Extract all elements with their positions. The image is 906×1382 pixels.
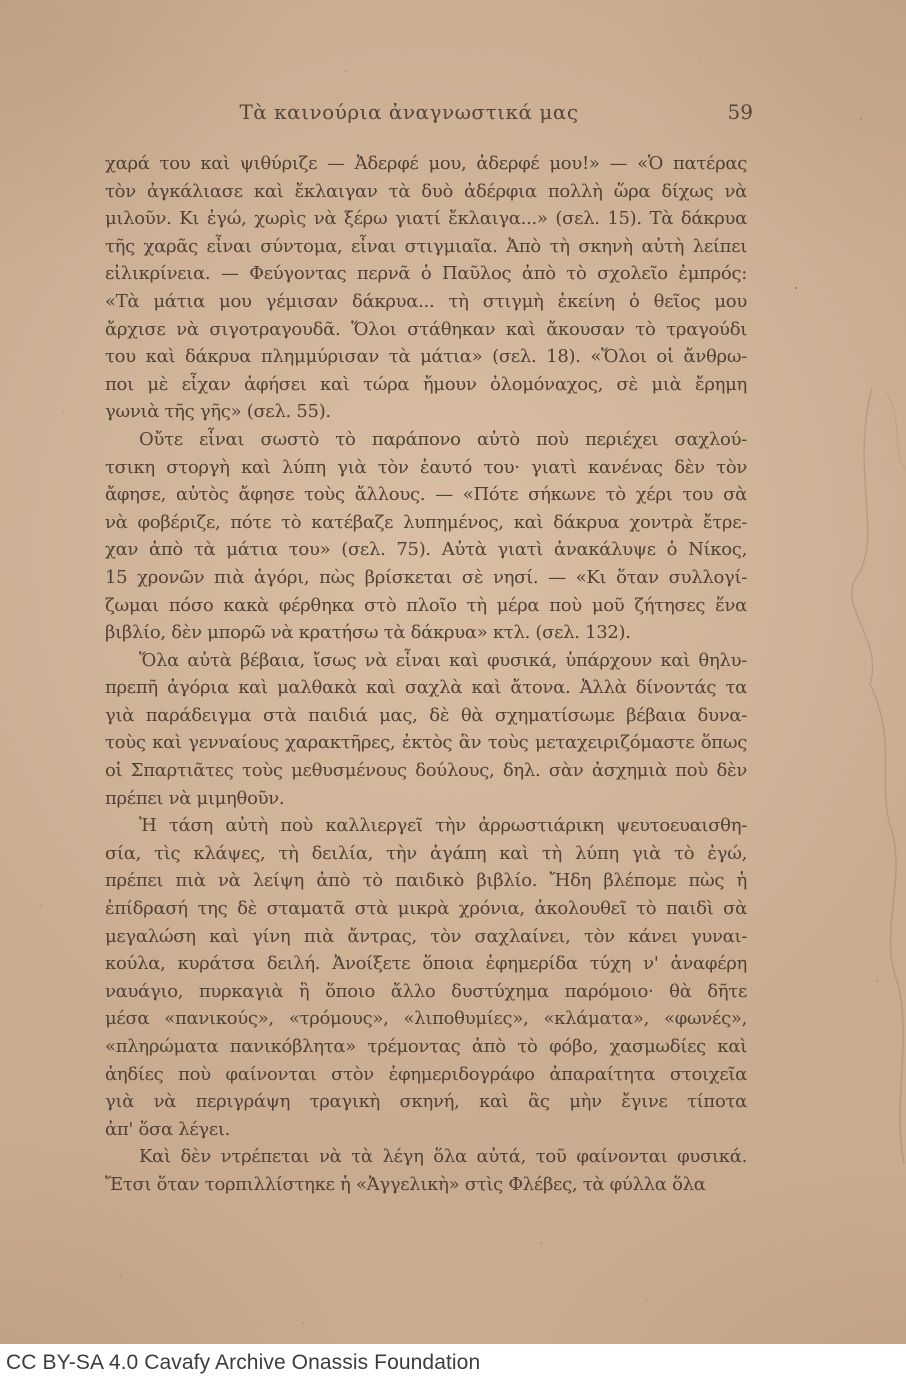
- text-line: τῆς χαρᾶς εἶναι σύντομα, εἶναι στιγμιαῖα…: [105, 233, 747, 261]
- license-bar: CC BY-SA 4.0 Cavafy Archive Onassis Foun…: [0, 1344, 906, 1382]
- text-line: Ἔτσι ὅταν τορπιλλίστηκε ἡ «Ἀγγελικὴ» στὶ…: [105, 1171, 747, 1199]
- text-line: μιλοῦν. Κι ἐγώ, χωρὶς νὰ ξέρω γιατί ἔκλα…: [105, 205, 747, 233]
- text-line: πρέπει νὰ μιμηθοῦν.: [105, 785, 747, 813]
- text-line: μεγαλώση καὶ γίνη πιὰ ἄντρας, τὸν σαχλαί…: [105, 923, 747, 951]
- page-number: 59: [728, 100, 753, 124]
- text-line: νὰ φοβέριζε, πότε τὸ κατέβαζε λυπημένος,…: [105, 509, 747, 537]
- paragraph: Οὔτε εἶναι σωστὸ τὸ παράπονο αὐτὸ ποὺ πε…: [105, 426, 747, 647]
- text-line: ναυάγιο, πυρκαγιὰ ἢ ὅποιο ἄλλο δυστύχημα…: [105, 978, 747, 1006]
- text-line: κούλα, κυράτσα δειλή. Ἀνοίξετε ὅποια ἐφη…: [105, 950, 747, 978]
- text-line: γωνιὰ τῆς γῆς» (σελ. 55).: [105, 398, 747, 426]
- text-line: ζωμαι πόσο κακὰ φέρθηκα στὸ πλοῖο τὴ μέρ…: [105, 592, 747, 620]
- paragraph: Ἡ τάση αὐτὴ ποὺ καλλιεργεῖ τὴν ἀρρωστιάρ…: [105, 812, 747, 1143]
- text-line: γιὰ νὰ περιγράψη τραγικὴ σκηνή, καὶ ἂς μ…: [105, 1088, 747, 1116]
- paragraph: χαρά του καὶ ψιθύριζε — Ἀδερφέ μου, ἀδερ…: [105, 150, 747, 426]
- text-line: σία, τὶς κλάψες, τὴ δειλία, τὴν ἀγάπη κα…: [105, 840, 747, 868]
- text-line: 15 χρονῶν πιὰ ἀγόρι, πὼς βρίσκεται σὲ νη…: [105, 564, 747, 592]
- text-line: χαρά του καὶ ψιθύριζε — Ἀδερφέ μου, ἀδερ…: [105, 150, 747, 178]
- page-header: Τὰ καινούρια ἀναγνωστικά μας 59: [105, 100, 753, 130]
- text-line: χαν ἀπὸ τὰ μάτια του» (σελ. 75). Αὐτὰ γι…: [105, 536, 747, 564]
- text-line: Ὅλα αὐτὰ βέβαια, ἴσως νὰ εἶναι καὶ φυσικ…: [105, 647, 747, 675]
- text-line: τοὺς καὶ γενναίους χαρακτῆρες, ἐκτὸς ἂν …: [105, 729, 747, 757]
- text-line: ποι μὲ εἶχαν ἀφήσει καὶ τώρα ἤμουν ὁλομό…: [105, 371, 747, 399]
- text-line: «Τὰ μάτια μου γέμισαν δάκρυα... τὴ στιγμ…: [105, 288, 747, 316]
- text-line: ἀηδίες ποὺ φαίνονται στὸν ἐφημεριδογράφο…: [105, 1061, 747, 1089]
- text-line: ἄφησε, αὐτὸς ἄφησε τοὺς ἄλλους. — «Πότε …: [105, 481, 747, 509]
- text-line: τσικη στοργὴ καὶ λύπη γιὰ τὸν ἑαυτό του·…: [105, 454, 747, 482]
- text-line: Οὔτε εἶναι σωστὸ τὸ παράπονο αὐτὸ ποὺ πε…: [105, 426, 747, 454]
- text-line: πρέπει πιὰ νὰ λείψη ἀπὸ τὸ παιδικὸ βιβλί…: [105, 867, 747, 895]
- running-title: Τὰ καινούρια ἀναγνωστικά μας: [105, 100, 753, 124]
- text-line: μέσα «πανικούς», «τρόμους», «λιποθυμίες»…: [105, 1005, 747, 1033]
- text-line: τὸν ἀγκάλιασε καὶ ἔκλαιγαν τὰ δυὸ ἀδέρφι…: [105, 178, 747, 206]
- text-line: Ἡ τάση αὐτὴ ποὺ καλλιεργεῖ τὴν ἀρρωστιάρ…: [105, 812, 747, 840]
- text-line: ἄρχισε νὰ σιγοτραγουδᾶ. Ὅλοι στάθηκαν κα…: [105, 316, 747, 344]
- text-line: του καὶ δάκρυα πλημμύρισαν τὰ μάτια» (σε…: [105, 343, 747, 371]
- text-line: οἱ Σπαρτιᾶτες τοὺς μεθυσμένους δούλους, …: [105, 757, 747, 785]
- license-text: CC BY-SA 4.0 Cavafy Archive Onassis Foun…: [0, 1351, 480, 1375]
- text-line: βιβλίο, δὲν μπορῶ νὰ κρατήσω τὰ δάκρυα» …: [105, 619, 747, 647]
- paragraph: Ὅλα αὐτὰ βέβαια, ἴσως νὰ εἶναι καὶ φυσικ…: [105, 647, 747, 813]
- paragraph: Καὶ δὲν ντρέπεται νὰ τὰ λέγη ὅλα αὐτά, τ…: [105, 1143, 747, 1198]
- text-line: ἐπίδρασή της δὲ σταματᾶ στὰ μικρὰ χρόνια…: [105, 895, 747, 923]
- text-line: πρεπῆ ἀγόρια καὶ μαλθακὰ καὶ σαχλὰ καὶ ἄ…: [105, 674, 747, 702]
- page-text: χαρά του καὶ ψιθύριζε — Ἀδερφέ μου, ἀδερ…: [105, 150, 747, 1199]
- book-page-scan: Τὰ καινούρια ἀναγνωστικά μας 59 χαρά του…: [0, 0, 906, 1382]
- text-line: Καὶ δὲν ντρέπεται νὰ τὰ λέγη ὅλα αὐτά, τ…: [105, 1143, 747, 1171]
- text-line: εἰλικρίνεια. — Φεύγοντας περνᾶ ὁ Παῦλος …: [105, 260, 747, 288]
- text-line: «πληρώματα πανικόβλητα» τρέμοντας ἀπὸ τὸ…: [105, 1033, 747, 1061]
- text-line: ἀπ' ὅσα λέγει.: [105, 1116, 747, 1144]
- text-line: γιὰ παράδειγμα στὰ παιδιά μας, δὲ θὰ σχη…: [105, 702, 747, 730]
